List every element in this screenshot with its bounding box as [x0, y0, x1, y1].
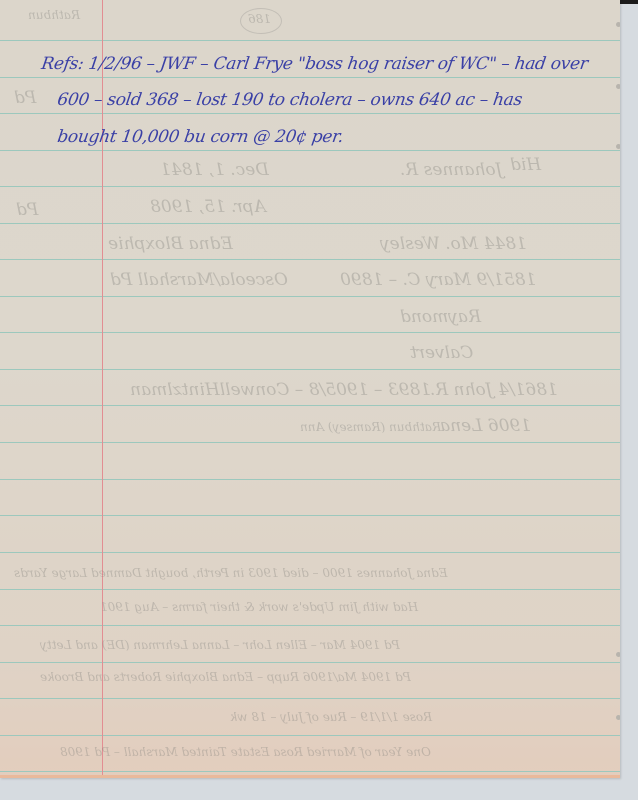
rule-line	[0, 186, 620, 187]
rule-line	[0, 332, 620, 333]
rule-line	[0, 625, 620, 626]
show-through-text: 1851/9 Mary C. – 1890	[340, 270, 536, 290]
show-through-text: Johannes R.	[400, 160, 502, 180]
rule-line	[0, 552, 620, 553]
rule-line	[0, 113, 620, 114]
rule-line	[0, 479, 620, 480]
show-through-text: Had with Jim Upde's work & their farms –…	[100, 600, 418, 614]
rule-line	[0, 662, 620, 663]
rule-line	[0, 589, 620, 590]
show-through-text: Rathbun	[28, 8, 80, 22]
binding-tear	[616, 22, 620, 27]
rule-line	[0, 771, 620, 772]
show-through-text: Dec. 1, 1841	[160, 160, 269, 180]
rule-line	[0, 735, 620, 736]
rule-line	[0, 150, 620, 151]
show-through-text: 1893 – 1905/8 – ConwellHintzlman	[130, 380, 431, 400]
show-through-text: Rose 1/1/19 – Rue of July – 18 wk	[230, 710, 432, 724]
show-through-text: Edna Bloxphie	[108, 234, 233, 254]
binding-tear	[616, 144, 620, 149]
show-through-text: Osceola/Marshall Pd	[110, 270, 288, 290]
rule-line	[0, 369, 620, 370]
rule-line	[0, 259, 620, 260]
rule-line	[0, 515, 620, 516]
show-through-text: 1844 Mo. Wesley	[380, 234, 527, 254]
show-through-text: 186	[248, 12, 271, 26]
rule-line	[0, 442, 620, 443]
show-through-text: Calvert	[410, 343, 473, 363]
show-through-text: Hid	[510, 155, 541, 175]
binding-tear	[616, 652, 620, 657]
notebook-page: Rathbun 186 Pd Hid Johannes R. Dec. 1, 1…	[0, 0, 620, 778]
rule-line	[0, 296, 620, 297]
scan-edge	[620, 0, 638, 4]
rule-line	[0, 40, 620, 41]
handwritten-line: bought 10,000 bu corn @ 20¢ per.	[56, 127, 345, 147]
show-through-text: 1861/4 John R.	[430, 380, 558, 400]
rule-line	[0, 698, 620, 699]
show-through-text: Apr. 15, 1908	[150, 197, 266, 217]
binding-tear	[616, 715, 620, 720]
handwritten-line: Refs: 1/2/96 – JWF – Carl Frye "boss hog…	[40, 54, 589, 74]
show-through-text: 1906 Lena	[440, 416, 531, 436]
rule-line	[0, 223, 620, 224]
margin-line	[102, 0, 103, 778]
rule-line	[0, 405, 620, 406]
show-through-text: Raymond	[400, 307, 481, 327]
show-through-text: One Year of Married Rosa Estate Tainted …	[60, 745, 431, 759]
show-through-text: Pd	[14, 88, 36, 108]
show-through-text: Edna Johannes 1900 – died 1903 in Perth,…	[14, 566, 448, 580]
show-through-text: Rathbun (Ramsey) Ann	[300, 420, 441, 434]
show-through-text: Pd	[16, 200, 38, 220]
show-through-text: Pd 1904 Ma/1906 Rupp – Edna Bloxphie Rob…	[40, 670, 411, 684]
show-through-text: Pd 1904 Mar – Ellen Lohr – Lanna Lehrman…	[40, 638, 400, 652]
binding-tear	[616, 84, 620, 89]
handwritten-line: 600 – sold 368 – lost 190 to cholera – o…	[56, 90, 523, 110]
rule-line	[0, 77, 620, 78]
